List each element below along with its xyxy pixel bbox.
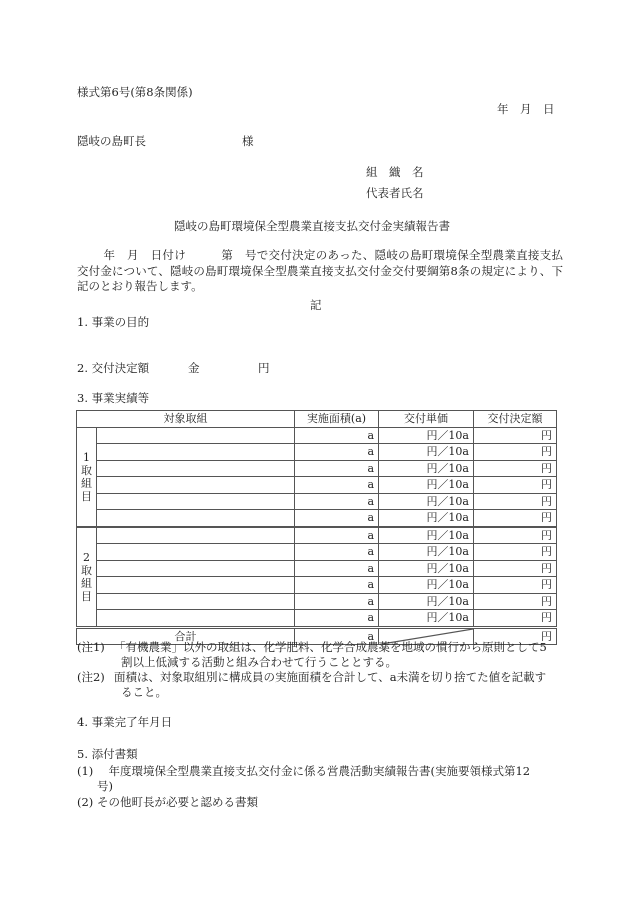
table-header-row: 対象取組 実施面積(a) 交付単価 交付決定額 bbox=[77, 411, 557, 428]
table-row: 2取組目a円／10a円 bbox=[77, 527, 557, 544]
results-table: 対象取組 実施面積(a) 交付単価 交付決定額 1取組目a円／10a円a円／10… bbox=[76, 410, 557, 645]
area-cell[interactable]: a bbox=[295, 577, 379, 594]
area-cell[interactable]: a bbox=[295, 444, 379, 461]
unit-price-cell[interactable]: 円／10a bbox=[379, 544, 474, 561]
target-cell[interactable] bbox=[97, 493, 295, 510]
unit-price-cell[interactable]: 円／10a bbox=[379, 493, 474, 510]
section-2-kin: 金 bbox=[188, 363, 200, 375]
area-cell[interactable]: a bbox=[295, 493, 379, 510]
table-row: a円／10a円 bbox=[77, 560, 557, 577]
table-row: a円／10a円 bbox=[77, 593, 557, 610]
note-1-head: (注1) bbox=[77, 640, 105, 655]
target-cell[interactable] bbox=[97, 460, 295, 477]
amount-cell[interactable]: 円 bbox=[474, 460, 557, 477]
group-label-char: 目 bbox=[77, 490, 96, 503]
table-row: a円／10a円 bbox=[77, 477, 557, 494]
note-2: (注2) 面積は、対象取組別に構成員の実施面積を合計して、a未満を切り捨てた値を… bbox=[77, 670, 567, 700]
section-2-heading: 2. 交付決定額 bbox=[77, 363, 149, 375]
table-row: a円／10a円 bbox=[77, 493, 557, 510]
table-row: 1取組目a円／10a円 bbox=[77, 427, 557, 444]
area-cell[interactable]: a bbox=[295, 527, 379, 544]
intro-paragraph: 年 月 日付け 第 号で交付決定のあった、隠岐の島町環境保全型農業直接支払交付金… bbox=[77, 248, 563, 295]
unit-price-cell[interactable]: 円／10a bbox=[379, 527, 474, 544]
header-unit-price: 交付単価 bbox=[379, 411, 474, 428]
attachment-2: (2) その他町長が必要と認める書類 bbox=[77, 795, 567, 810]
area-cell[interactable]: a bbox=[295, 593, 379, 610]
header-area: 実施面積(a) bbox=[295, 411, 379, 428]
section-5-heading: 5. 添付書類 bbox=[77, 749, 138, 761]
amount-cell[interactable]: 円 bbox=[474, 560, 557, 577]
unit-price-cell[interactable]: 円／10a bbox=[379, 593, 474, 610]
area-cell[interactable]: a bbox=[295, 460, 379, 477]
group-label: 2取組目 bbox=[77, 527, 97, 628]
target-cell[interactable] bbox=[97, 444, 295, 461]
amount-cell[interactable]: 円 bbox=[474, 577, 557, 594]
table-row: a円／10a円 bbox=[77, 610, 557, 628]
ki-marker: 記 bbox=[310, 300, 322, 312]
group-label-char: 組 bbox=[77, 477, 96, 490]
table-row: a円／10a円 bbox=[77, 444, 557, 461]
unit-price-cell[interactable]: 円／10a bbox=[379, 560, 474, 577]
unit-price-cell[interactable]: 円／10a bbox=[379, 427, 474, 444]
group-label-char: 2 bbox=[77, 551, 96, 564]
section-4-heading: 4. 事業完了年月日 bbox=[77, 717, 172, 729]
header-target: 対象取組 bbox=[77, 411, 295, 428]
representative-label: 代表者氏名 bbox=[366, 188, 424, 200]
date-line: 年 月 日 bbox=[497, 104, 555, 116]
unit-price-cell[interactable]: 円／10a bbox=[379, 577, 474, 594]
attachment-1-line2: 号) bbox=[97, 779, 567, 794]
target-cell[interactable] bbox=[97, 593, 295, 610]
target-cell[interactable] bbox=[97, 560, 295, 577]
target-cell[interactable] bbox=[97, 577, 295, 594]
group-label-char: 取 bbox=[77, 564, 96, 577]
form-number: 様式第6号(第8条関係) bbox=[77, 87, 193, 99]
addressee-name: 隠岐の島町長 bbox=[77, 136, 146, 148]
group-label-char: 取 bbox=[77, 464, 96, 477]
amount-cell[interactable]: 円 bbox=[474, 444, 557, 461]
section-3-heading: 3. 事業実績等 bbox=[77, 393, 149, 405]
amount-cell[interactable]: 円 bbox=[474, 593, 557, 610]
addressee-honorific: 様 bbox=[242, 136, 254, 148]
group-label-char: 組 bbox=[77, 577, 96, 590]
section-1-heading: 1. 事業の目的 bbox=[77, 317, 149, 329]
area-cell[interactable]: a bbox=[295, 544, 379, 561]
note-1-line2: 割以上低減する活動と組み合わせて行うこととする。 bbox=[121, 655, 567, 670]
group-label-char: 1 bbox=[77, 451, 96, 464]
group-label: 1取組目 bbox=[77, 427, 97, 527]
table-row: a円／10a円 bbox=[77, 510, 557, 527]
attachment-2-head: (2) bbox=[77, 795, 93, 810]
table-row: a円／10a円 bbox=[77, 544, 557, 561]
amount-cell[interactable]: 円 bbox=[474, 427, 557, 444]
area-cell[interactable]: a bbox=[295, 560, 379, 577]
unit-price-cell[interactable]: 円／10a bbox=[379, 444, 474, 461]
unit-price-cell[interactable]: 円／10a bbox=[379, 610, 474, 628]
attachment-2-line1: その他町長が必要と認める書類 bbox=[97, 795, 567, 810]
section-2-yen: 円 bbox=[258, 363, 270, 375]
attachment-1-line1: 年度環境保全型農業直接支払交付金に係る営農活動実績報告書(実施要領様式第12 bbox=[97, 764, 567, 779]
target-cell[interactable] bbox=[97, 544, 295, 561]
amount-cell[interactable]: 円 bbox=[474, 610, 557, 628]
amount-cell[interactable]: 円 bbox=[474, 477, 557, 494]
unit-price-cell[interactable]: 円／10a bbox=[379, 510, 474, 527]
target-cell[interactable] bbox=[97, 610, 295, 628]
amount-cell[interactable]: 円 bbox=[474, 544, 557, 561]
table-row: a円／10a円 bbox=[77, 460, 557, 477]
unit-price-cell[interactable]: 円／10a bbox=[379, 477, 474, 494]
org-name-label: 組 織 名 bbox=[366, 167, 424, 179]
area-cell[interactable]: a bbox=[295, 610, 379, 628]
attachment-1-head: (1) bbox=[77, 764, 93, 779]
target-cell[interactable] bbox=[97, 427, 295, 444]
amount-cell[interactable]: 円 bbox=[474, 510, 557, 527]
note-2-line2: ること。 bbox=[121, 685, 567, 700]
area-cell[interactable]: a bbox=[295, 477, 379, 494]
document-title: 隠岐の島町環境保全型農業直接支払交付金実績報告書 bbox=[174, 221, 450, 233]
note-2-line1: 面積は、対象取組別に構成員の実施面積を合計して、a未満を切り捨てた値を記載す bbox=[114, 670, 567, 685]
group-label-char: 目 bbox=[77, 590, 96, 603]
target-cell[interactable] bbox=[97, 527, 295, 544]
header-amount: 交付決定額 bbox=[474, 411, 557, 428]
note-2-head: (注2) bbox=[77, 670, 105, 685]
note-1: (注1) 「有機農業」以外の取組は、化学肥料、化学合成農薬を地域の慣行から原則と… bbox=[77, 640, 567, 670]
target-cell[interactable] bbox=[97, 477, 295, 494]
amount-cell[interactable]: 円 bbox=[474, 527, 557, 544]
unit-price-cell[interactable]: 円／10a bbox=[379, 460, 474, 477]
amount-cell[interactable]: 円 bbox=[474, 493, 557, 510]
attachment-1: (1) 年度環境保全型農業直接支払交付金に係る営農活動実績報告書(実施要領様式第… bbox=[77, 764, 567, 794]
note-1-line1: 「有機農業」以外の取組は、化学肥料、化学合成農薬を地域の慣行から原則として5 bbox=[114, 640, 567, 655]
target-cell[interactable] bbox=[97, 510, 295, 527]
area-cell[interactable]: a bbox=[295, 427, 379, 444]
area-cell[interactable]: a bbox=[295, 510, 379, 527]
table-row: a円／10a円 bbox=[77, 577, 557, 594]
